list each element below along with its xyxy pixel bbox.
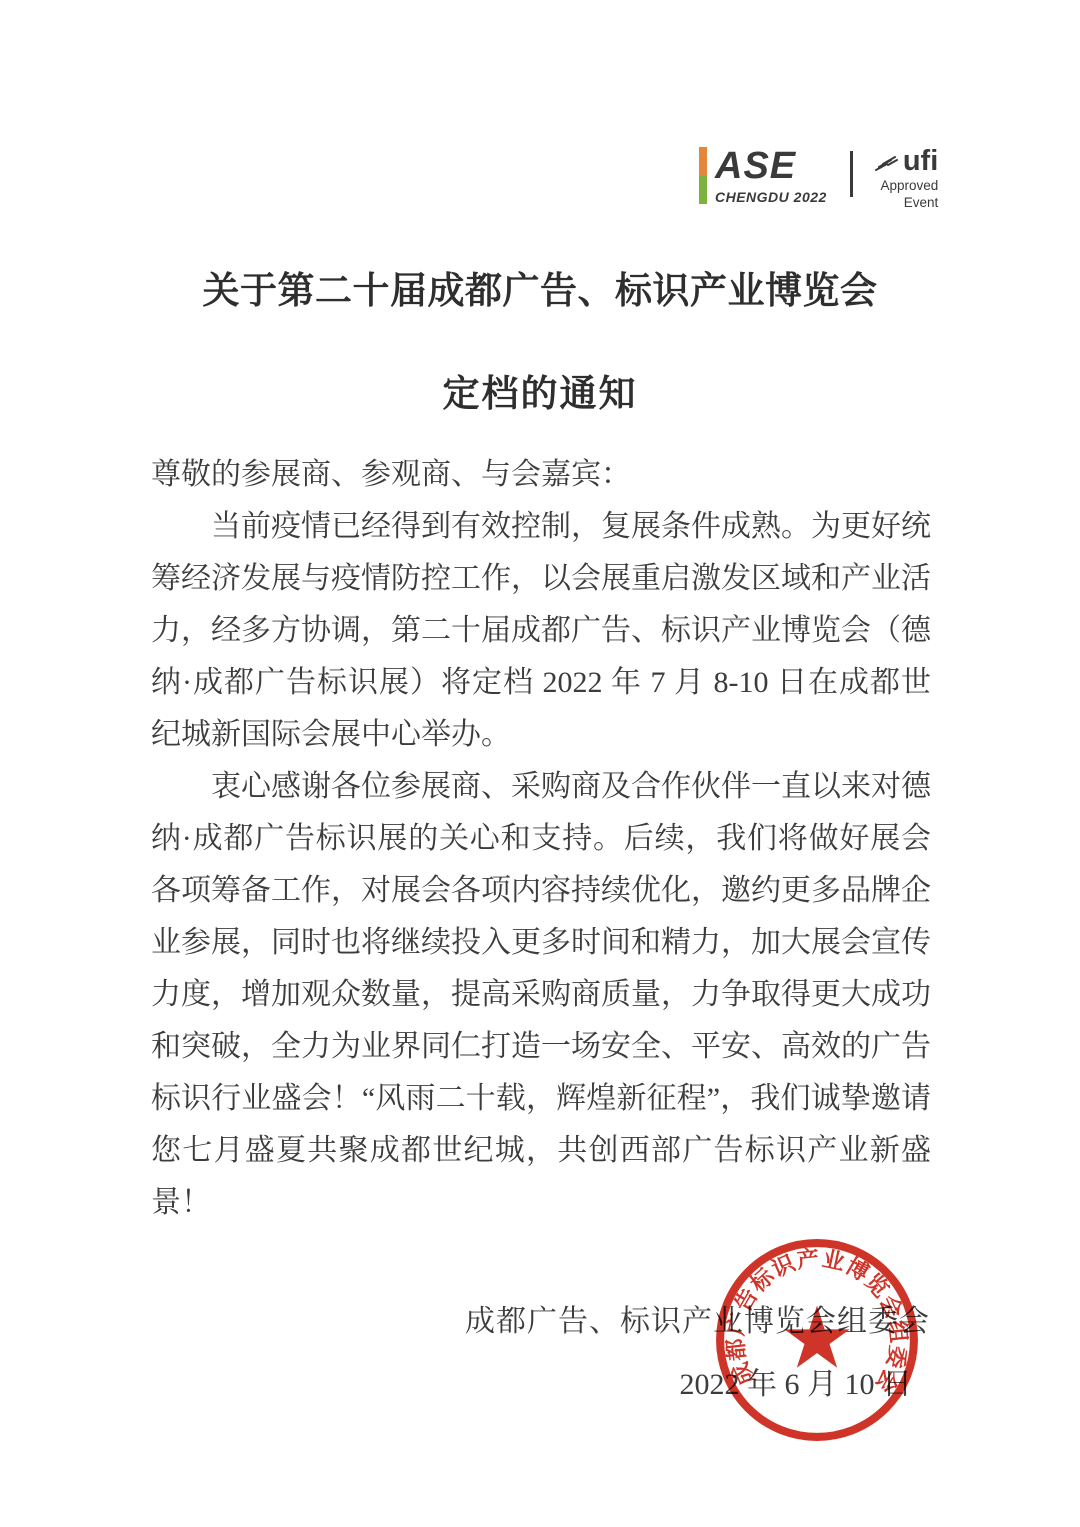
seal-star-icon	[784, 1306, 849, 1368]
official-red-seal: 成都广告标识产业博览会组委会	[711, 1234, 923, 1446]
body-paragraph-2: 衷心感谢各位参展商、采购商及合作伙伴一直以来对德纳·成都广告标识展的关心和支持。…	[151, 761, 931, 1229]
notice-title-line2: 定档的通知	[0, 363, 1080, 417]
ufi-approved-label: Approved	[874, 179, 938, 193]
ufi-logo-name: ufi	[903, 147, 938, 176]
salutation-line: 尊敬的参展商、参观商、与会嘉宾：	[151, 449, 931, 501]
ase-bar-green	[699, 176, 707, 205]
header-logos: ASE CHENGDU 2022 ufi Approved Event	[699, 147, 938, 209]
notice-document-page: ASE CHENGDU 2022 ufi Approved Event	[0, 0, 1080, 1527]
logo-divider	[850, 151, 853, 197]
body-paragraph-1: 当前疫情已经得到有效控制，复展条件成熟。为更好统筹经济发展与疫情防控工作，以会展…	[151, 501, 931, 761]
ufi-swoosh-icon	[874, 155, 900, 173]
ase-logo-name: ASE	[715, 147, 827, 185]
ufi-logo-top: ufi	[874, 147, 938, 176]
ufi-event-label: Event	[874, 196, 938, 210]
ase-bar-orange	[699, 147, 707, 176]
ufi-approved-event-logo: ufi Approved Event	[874, 147, 938, 209]
notice-body: 尊敬的参展商、参观商、与会嘉宾： 当前疫情已经得到有效控制，复展条件成熟。为更好…	[151, 449, 931, 1229]
ase-logo-subtitle: CHENGDU 2022	[715, 190, 827, 204]
ase-logo-color-bar	[699, 147, 707, 204]
notice-title-line1: 关于第二十届成都广告、标识产业博览会	[0, 260, 1080, 314]
ase-chengdu-logo: ASE CHENGDU 2022	[699, 147, 827, 204]
ase-logo-text-block: ASE CHENGDU 2022	[715, 147, 827, 204]
